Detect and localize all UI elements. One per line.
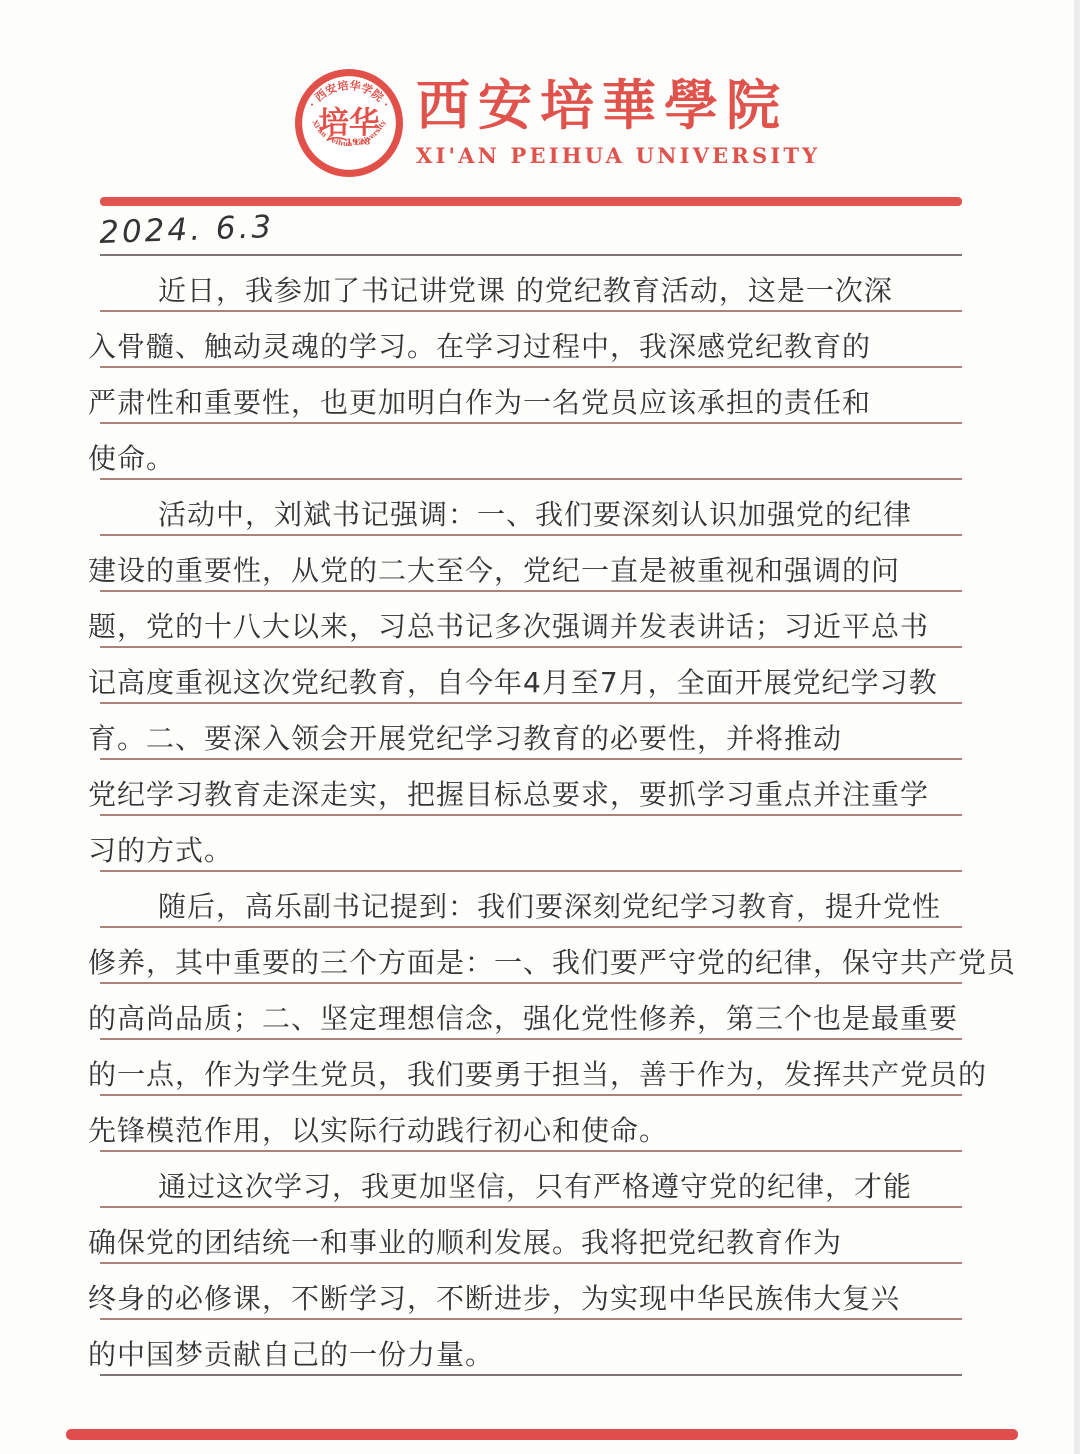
footer-divider-band — [66, 1429, 1018, 1440]
writing-area: 2024. 6.3 近日，我参加了书记讲党课 的党纪教育活动，这是一次深 入骨髓… — [100, 200, 962, 1376]
handwritten-line: 随后，高乐副书记提到：我们要深刻党纪学习教育，提升党性 — [100, 872, 962, 928]
handwritten-line: 严肃性和重要性，也更加明白作为一名党员应该承担的责任和 — [100, 368, 962, 424]
handwritten-text: 的一点，作为学生党员，我们要勇于担当，善于作为，发挥共产党员的 — [88, 1061, 987, 1094]
date-line: 2024. 6.3 — [100, 200, 962, 256]
handwritten-text: 建设的重要性，从党的二大至今，党纪一直是被重视和强调的问 — [88, 557, 900, 590]
handwritten-line: 终身的必修课，不断学习，不断进步，为实现中华民族伟大复兴 — [100, 1264, 962, 1320]
handwritten-line: 育。二、要深入领会开展党纪学习教育的必要性，并将推动 — [100, 704, 962, 760]
handwritten-text: 记高度重视这次党纪教育，自今年4月至7月，全面开展党纪学习教 — [88, 669, 938, 702]
handwritten-line: 近日，我参加了书记讲党课 的党纪教育活动，这是一次深 — [100, 256, 962, 312]
handwritten-text: 使命。 — [88, 445, 175, 478]
handwritten-line: 修养，其中重要的三个方面是：一、我们要严守党的纪律，保守共产党员 — [100, 928, 962, 984]
handwritten-text: 2024. 6.3 — [99, 212, 275, 254]
handwritten-line: 入骨髓、触动灵魂的学习。在学习过程中，我深感党纪教育的 — [100, 312, 962, 368]
university-name-block: 西安培華學院 XI'AN PEIHUA UNIVERSITY — [416, 68, 820, 168]
handwritten-text: 育。二、要深入领会开展党纪学习教育的必要性，并将推动 — [88, 725, 842, 758]
handwritten-text: 入骨髓、触动灵魂的学习。在学习过程中，我深感党纪教育的 — [88, 333, 871, 366]
handwritten-text: 通过这次学习，我更加坚信，只有严格遵守党的纪律，才能 — [88, 1173, 912, 1206]
handwritten-line: 的高尚品质；二、坚定理想信念，强化党性修养，第三个也是最重要 — [100, 984, 962, 1040]
handwritten-text: 修养，其中重要的三个方面是：一、我们要严守党的纪律，保守共产党员 — [88, 949, 1016, 982]
handwritten-line: 使命。 — [100, 424, 962, 480]
handwritten-text: 随后，高乐副书记提到：我们要深刻党纪学习教育，提升党性 — [88, 893, 941, 926]
handwritten-line: 的中国梦贡献自己的一份力量。 — [100, 1320, 962, 1376]
handwritten-text: 的高尚品质；二、坚定理想信念，强化党性修养，第三个也是最重要 — [88, 1005, 958, 1038]
handwritten-text: 先锋模范作用，以实际行动践行初心和使命。 — [88, 1117, 668, 1150]
handwritten-text: 终身的必修课，不断学习，不断进步，为实现中华民族伟大复兴 — [88, 1285, 900, 1318]
handwritten-text: 严肃性和重要性，也更加明白作为一名党员应该承担的责任和 — [88, 389, 871, 422]
handwritten-line: 建设的重要性，从党的二大至今，党纪一直是被重视和强调的问 — [100, 536, 962, 592]
handwritten-line: 题，党的十八大以来，习总书记多次强调并发表讲话；习近平总书 — [100, 592, 962, 648]
seal-year: 1928 — [346, 137, 370, 147]
seal-center-characters: 培华 — [318, 105, 379, 141]
handwritten-line: 通过这次学习，我更加坚信，只有严格遵守党的纪律，才能 — [100, 1152, 962, 1208]
handwritten-line: 活动中，刘斌书记强调：一、我们要深刻认识加强党的纪律 — [100, 480, 962, 536]
handwritten-line: 先锋模范作用，以实际行动践行初心和使命。 — [100, 1096, 962, 1152]
university-seal-icon: · 西安培华学院 · Xi'an Peihua University 培华 19… — [294, 68, 404, 182]
university-name-en: XI'AN PEIHUA UNIVERSITY — [416, 143, 820, 168]
university-name-cn: 西安培華學院 — [416, 76, 820, 135]
handwritten-line: 的一点，作为学生党员，我们要勇于担当，善于作为，发挥共产党员的 — [100, 1040, 962, 1096]
letterhead-header: · 西安培华学院 · Xi'an Peihua University 培华 19… — [294, 68, 820, 182]
handwritten-line: 记高度重视这次党纪教育，自今年4月至7月，全面开展党纪学习教 — [100, 648, 962, 704]
handwritten-text: 题，党的十八大以来，习总书记多次强调并发表讲话；习近平总书 — [88, 613, 929, 646]
handwritten-text: 近日，我参加了书记讲党课 的党纪教育活动，这是一次深 — [88, 277, 893, 310]
letterhead-page: · 西安培华学院 · Xi'an Peihua University 培华 19… — [0, 0, 1080, 1454]
handwritten-line: 习的方式。 — [100, 816, 962, 872]
handwritten-text: 习的方式。 — [88, 837, 233, 870]
handwritten-text: 的中国梦贡献自己的一份力量。 — [88, 1341, 494, 1374]
handwritten-text: 活动中，刘斌书记强调：一、我们要深刻认识加强党的纪律 — [88, 501, 912, 534]
handwritten-text: 确保党的团结统一和事业的顺利发展。我将把党纪教育作为 — [88, 1229, 842, 1262]
handwritten-line: 党纪学习教育走深走实，把握目标总要求，要抓学习重点并注重学 — [100, 760, 962, 816]
handwritten-line: 确保党的团结统一和事业的顺利发展。我将把党纪教育作为 — [100, 1208, 962, 1264]
handwritten-text: 党纪学习教育走深走实，把握目标总要求，要抓学习重点并注重学 — [88, 781, 929, 814]
